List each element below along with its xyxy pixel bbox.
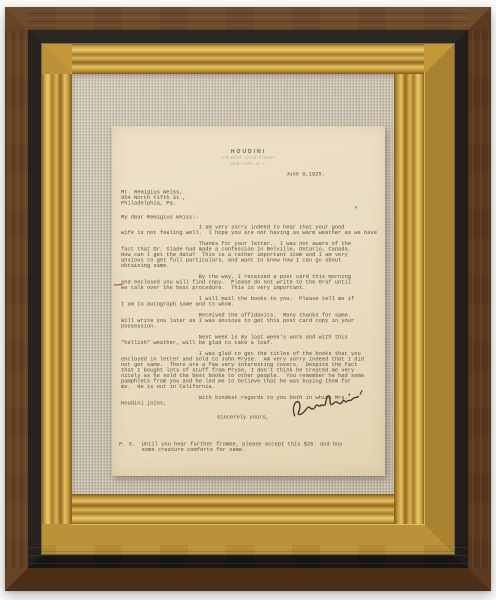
letter-date: June 6,1925. bbox=[286, 172, 325, 178]
letter-paper: HOUDINI 278 WEST 113TH STREET NEW YORK, … bbox=[112, 126, 385, 476]
letter-content: HOUDINI 278 WEST 113TH STREET NEW YORK, … bbox=[112, 126, 385, 476]
letter-body: I am very sorry indeed to hear that your… bbox=[121, 225, 377, 407]
recipient-address: Mr. Remigius Weiss, 954 North Fifth St.,… bbox=[121, 190, 186, 207]
ink-speck bbox=[355, 206, 357, 209]
outer-wood-frame: HOUDINI 278 WEST 113TH STREET NEW YORK, … bbox=[5, 7, 491, 591]
houdini-signature bbox=[286, 388, 367, 425]
gilt-frame: HOUDINI 278 WEST 113TH STREET NEW YORK, … bbox=[42, 44, 454, 554]
letterhead-address-line1: 278 WEST 113TH STREET bbox=[112, 156, 385, 160]
framed-letter-photo: HOUDINI 278 WEST 113TH STREET NEW YORK, … bbox=[0, 0, 496, 600]
ebonized-frame-band: HOUDINI 278 WEST 113TH STREET NEW YORK, … bbox=[28, 30, 468, 568]
linen-mat: HOUDINI 278 WEST 113TH STREET NEW YORK, … bbox=[72, 74, 424, 524]
letterhead-address-line2: NEW YORK, N. Y. bbox=[112, 162, 385, 166]
salutation: My dear Remigius Weiss:- bbox=[121, 215, 199, 221]
letterhead: HOUDINI 278 WEST 113TH STREET NEW YORK, … bbox=[112, 149, 385, 166]
letterhead-name: HOUDINI bbox=[112, 149, 385, 155]
closing: Sincerely yours, bbox=[217, 415, 269, 421]
postscript: P. S. Until you hear further fromme, ple… bbox=[119, 442, 343, 453]
